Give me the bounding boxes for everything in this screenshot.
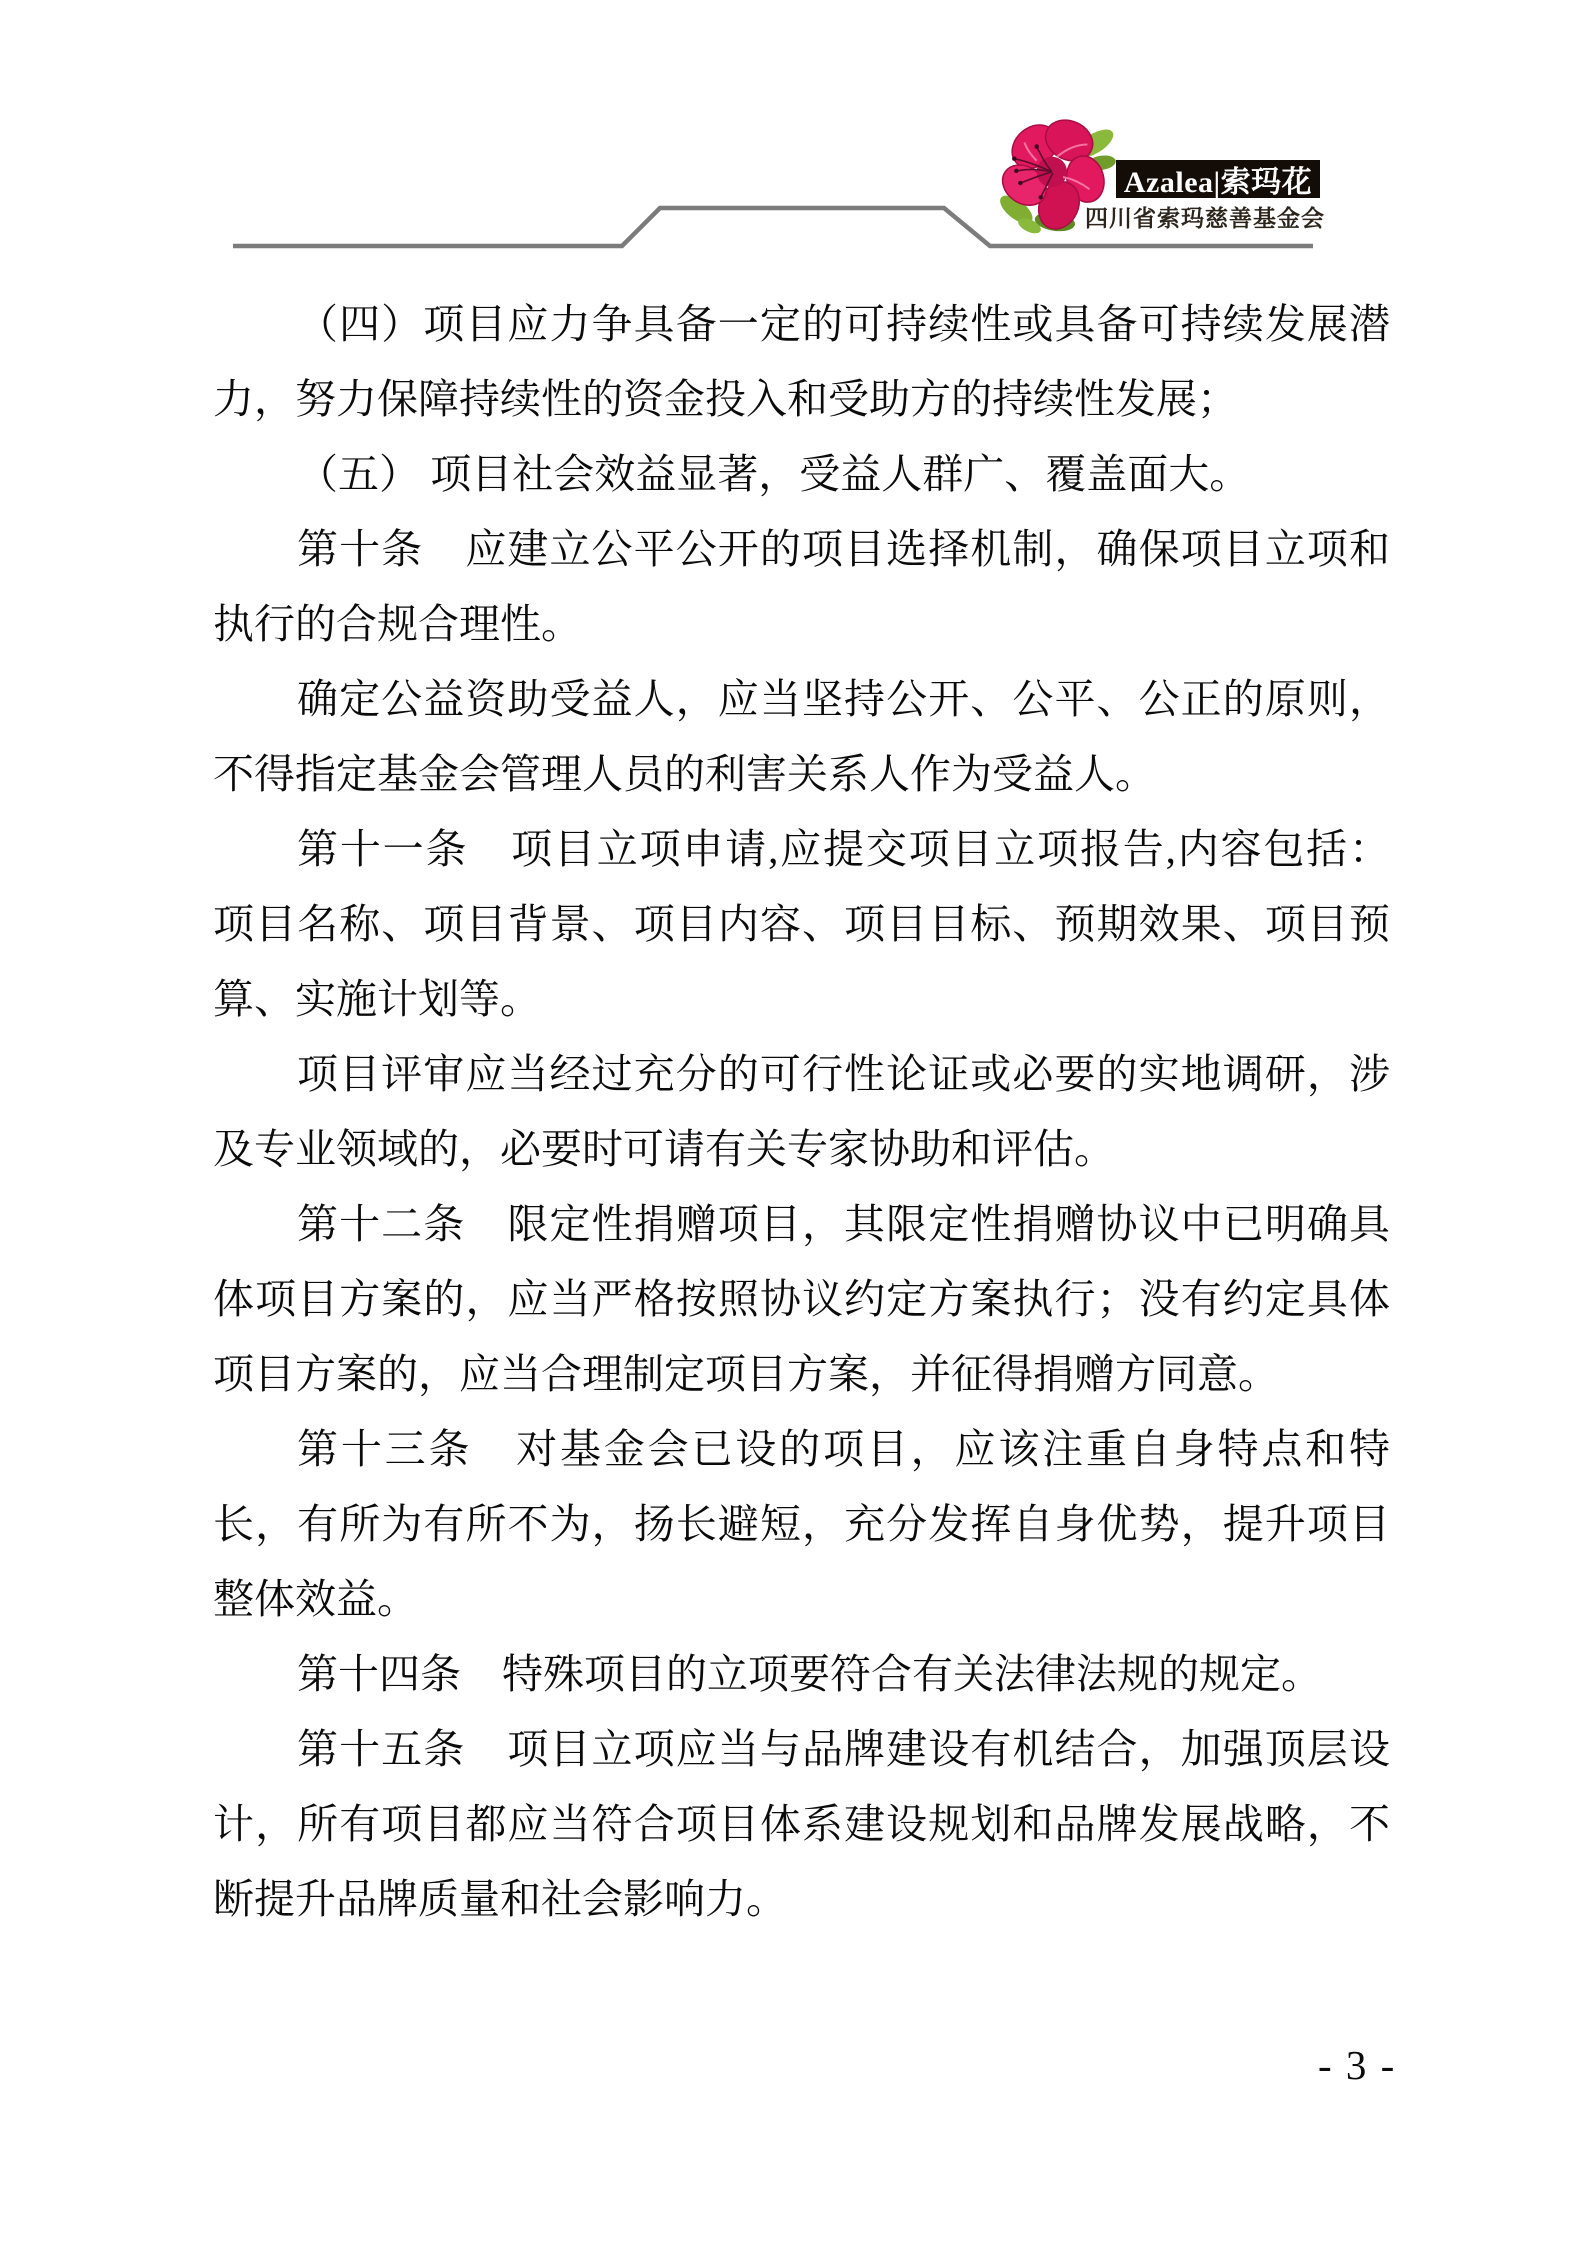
text-line: 力，努力保障持续性的资金投入和受助方的持续性发展； bbox=[213, 362, 1390, 437]
text-line: （五） 项目社会效益显著，受益人群广、覆盖面大。 bbox=[213, 437, 1390, 512]
text-line: 第十条 应建立公平公开的项目选择机制，确保项目立项和 bbox=[213, 512, 1390, 587]
text-line: 断提升品牌质量和社会影响力。 bbox=[213, 1862, 1390, 1937]
text-line: （四）项目应力争具备一定的可持续性或具备可持续发展潜 bbox=[213, 287, 1390, 362]
text-line: 体项目方案的，应当严格按照协议约定方案执行；没有约定具体 bbox=[213, 1262, 1390, 1337]
text-line: 项目方案的，应当合理制定项目方案，并征得捐赠方同意。 bbox=[213, 1337, 1390, 1412]
page-number: - 3 - bbox=[1318, 2040, 1428, 2090]
text-line: 第十四条 特殊项目的立项要符合有关法律法规的规定。 bbox=[213, 1637, 1390, 1712]
text-line: 及专业领域的，必要时可请有关专家协助和评估。 bbox=[213, 1112, 1390, 1187]
text-line: 第十三条 对基金会已设的项目，应该注重自身特点和特 bbox=[213, 1412, 1390, 1487]
text-line: 算、实施计划等。 bbox=[213, 962, 1390, 1037]
brand-text: Azalea|索玛花 bbox=[1124, 157, 1312, 201]
document-page: Azalea|索玛花 四川省索玛慈善基金会 （四）项目应力争具备一定的可持续性或… bbox=[0, 0, 1587, 2245]
text-line: 执行的合规合理性。 bbox=[213, 587, 1390, 662]
text-line: 第十一条 项目立项申请,应提交项目立项报告,内容包括： bbox=[213, 812, 1390, 887]
text-line: 整体效益。 bbox=[213, 1562, 1390, 1637]
text-line: 计，所有项目都应当符合项目体系建设规划和品牌发展战略，不 bbox=[213, 1787, 1390, 1862]
azalea-flower-icon bbox=[996, 116, 1126, 238]
text-line: 项目名称、项目背景、项目内容、项目目标、预期效果、项目预 bbox=[213, 887, 1390, 962]
text-line: 长，有所为有所不为，扬长避短，充分发挥自身优势，提升项目 bbox=[213, 1487, 1390, 1562]
document-body: （四）项目应力争具备一定的可持续性或具备可持续发展潜力，努力保障持续性的资金投入… bbox=[213, 287, 1390, 1937]
text-line: 不得指定基金会管理人员的利害关系人作为受益人。 bbox=[213, 737, 1390, 812]
text-line: 确定公益资助受益人，应当坚持公开、公平、公正的原则， bbox=[213, 662, 1390, 737]
header-rule bbox=[0, 0, 1587, 300]
text-line: 项目评审应当经过充分的可行性论证或必要的实地调研，涉 bbox=[213, 1037, 1390, 1112]
text-line: 第十五条 项目立项应当与品牌建设有机结合，加强顶层设 bbox=[213, 1712, 1390, 1787]
brand-banner: Azalea|索玛花 bbox=[1116, 160, 1320, 198]
text-line: 第十二条 限定性捐赠项目，其限定性捐赠协议中已明确具 bbox=[213, 1187, 1390, 1262]
